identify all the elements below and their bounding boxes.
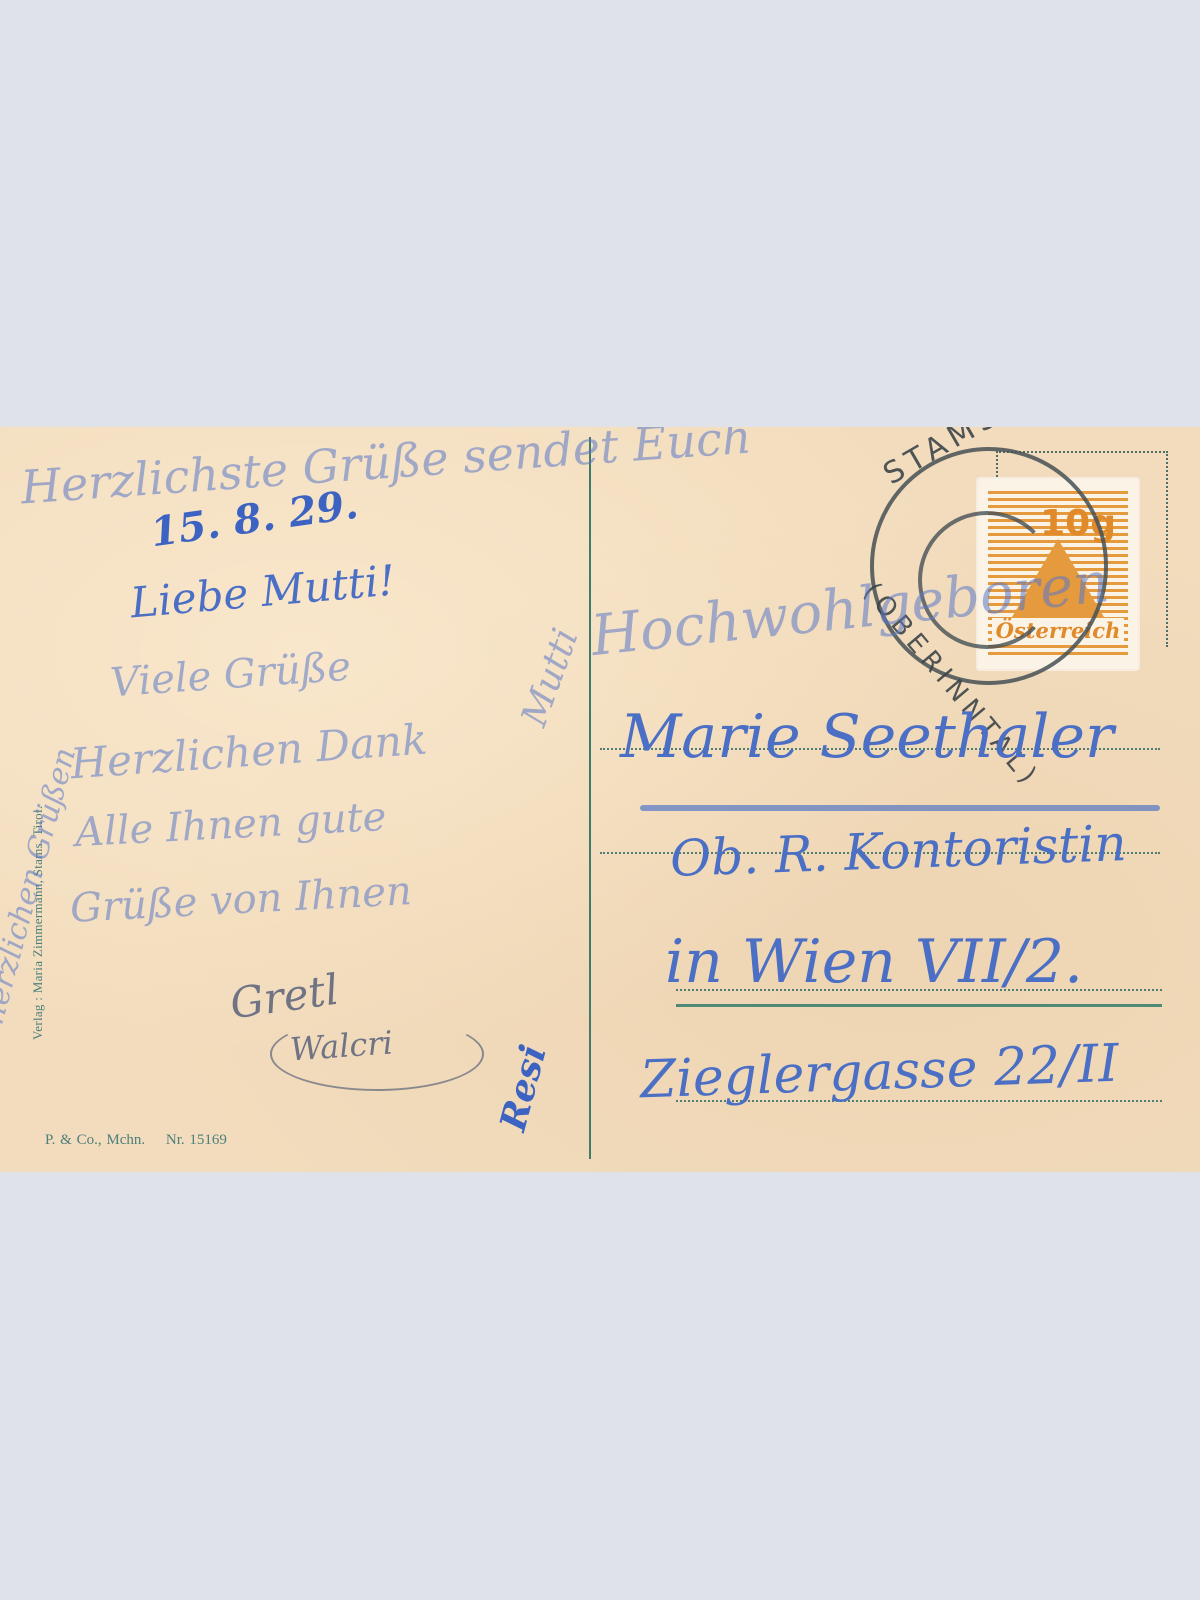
- address-line3-text: in Wien VII/2.: [665, 927, 1083, 997]
- card-number: Nr. 15169: [166, 1132, 227, 1148]
- name-underline: [640, 805, 1160, 811]
- message-line: Herzlichste Grüße sendet Euch: [19, 427, 753, 514]
- message-line: Herzlichen Dank: [69, 715, 429, 789]
- message-line: Alle Ihnen gute: [74, 794, 387, 856]
- center-divider-line: [589, 437, 591, 1159]
- margin-note-center: Mutti: [514, 623, 587, 731]
- address-line4-text: Zieglergasse 22/II: [639, 1034, 1120, 1111]
- postcard: Verlag : Maria Zimmermann, Stams. Tirol.…: [0, 427, 1200, 1172]
- printer-name: P. & Co., Mchn.: [45, 1132, 145, 1148]
- message-line: Viele Grüße: [109, 644, 353, 707]
- signature-oval: [270, 1017, 484, 1091]
- address-line2-text: Ob. R. Kontoristin: [669, 814, 1127, 888]
- signature-gretl: Gretl: [227, 965, 342, 1029]
- address-line-3-solid: [676, 1004, 1162, 1007]
- printer-imprint: P. & Co., Mchn. Nr. 15169: [45, 1132, 227, 1149]
- message-line: Liebe Mutti!: [128, 556, 397, 628]
- message-line: Grüße von Ihnen: [69, 868, 413, 932]
- address-name: Marie Seethaler: [620, 702, 1114, 772]
- margin-note-resi: Resi: [492, 1041, 555, 1136]
